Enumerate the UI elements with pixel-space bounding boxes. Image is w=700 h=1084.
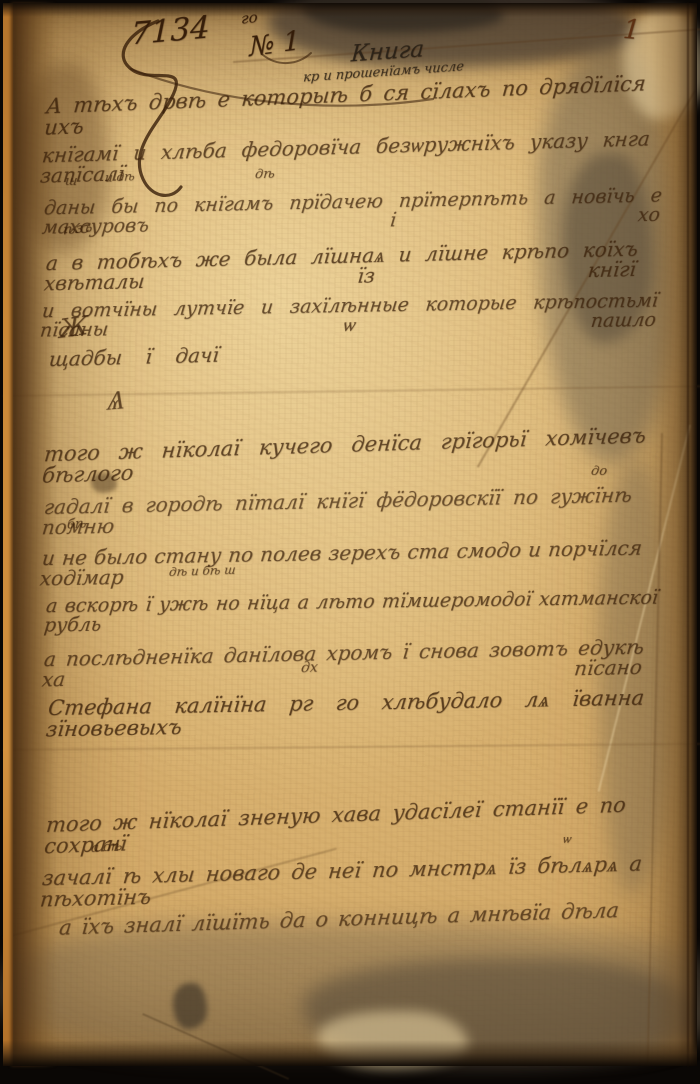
interlinear-mark: бѣ [67,517,87,531]
manuscript-line: а послѣдненїка данїлова хромъ ї снова зо… [41,637,645,690]
interlinear-mark: до [590,465,608,478]
manuscript-line: даны бы по кнїгамъ прїдачею прїтерпѣть а… [41,186,663,237]
manuscript-line: гадалї в городѣ пїталї кнїгї фёдоровскїї… [41,485,633,537]
manuscript-text-layer: А тѣхъ дрвѣ е которыѣ б ся сїлахъ по дря… [3,3,697,1066]
manuscript-page: 7134 го № 1 Книга кр и прошенїамъ числе … [3,3,697,1066]
manuscript-line: щадбы ї дачї [48,345,220,370]
interlinear-mark: ѡ [562,833,572,846]
manuscript-line: а в тобѣхъ же была лїшнаѧ и лїшне крѣпо … [43,239,639,294]
manuscript-line: того ж нїколаї зненую хава удасїлеї стан… [43,795,626,857]
interlinear-mark: Ж [59,313,88,343]
manuscript-photo: 7134 го № 1 Книга кр и прошенїамъ числе … [0,0,700,1084]
interlinear-mark: дѣ [254,168,275,182]
interlinear-mark: Ѧ [107,387,126,415]
interlinear-mark: а бѣ [91,840,123,855]
manuscript-line: и вотчїны лутчїе и захїлѣнные которые кр… [39,292,659,341]
interlinear-mark: ѣзъ [63,220,92,237]
manuscript-line: Стефана калїнїна рг го хлѣбудало лѧ їван… [45,688,645,740]
manuscript-line: и не было стану по полев зерехъ ста смод… [39,538,643,589]
manuscript-line: того ж нїколаї кучего денїса грїгорьї хо… [41,425,647,486]
interlinear-mark: дх [301,661,319,676]
interlinear-mark: ш [64,175,78,188]
interlinear-mark: и дѣ [105,170,136,184]
interlinear-mark: дѣ и бѣ ш [168,564,236,578]
manuscript-line: а вскорѣ ї ужѣ но нїца а лѣто тїмшеромод… [43,589,659,636]
